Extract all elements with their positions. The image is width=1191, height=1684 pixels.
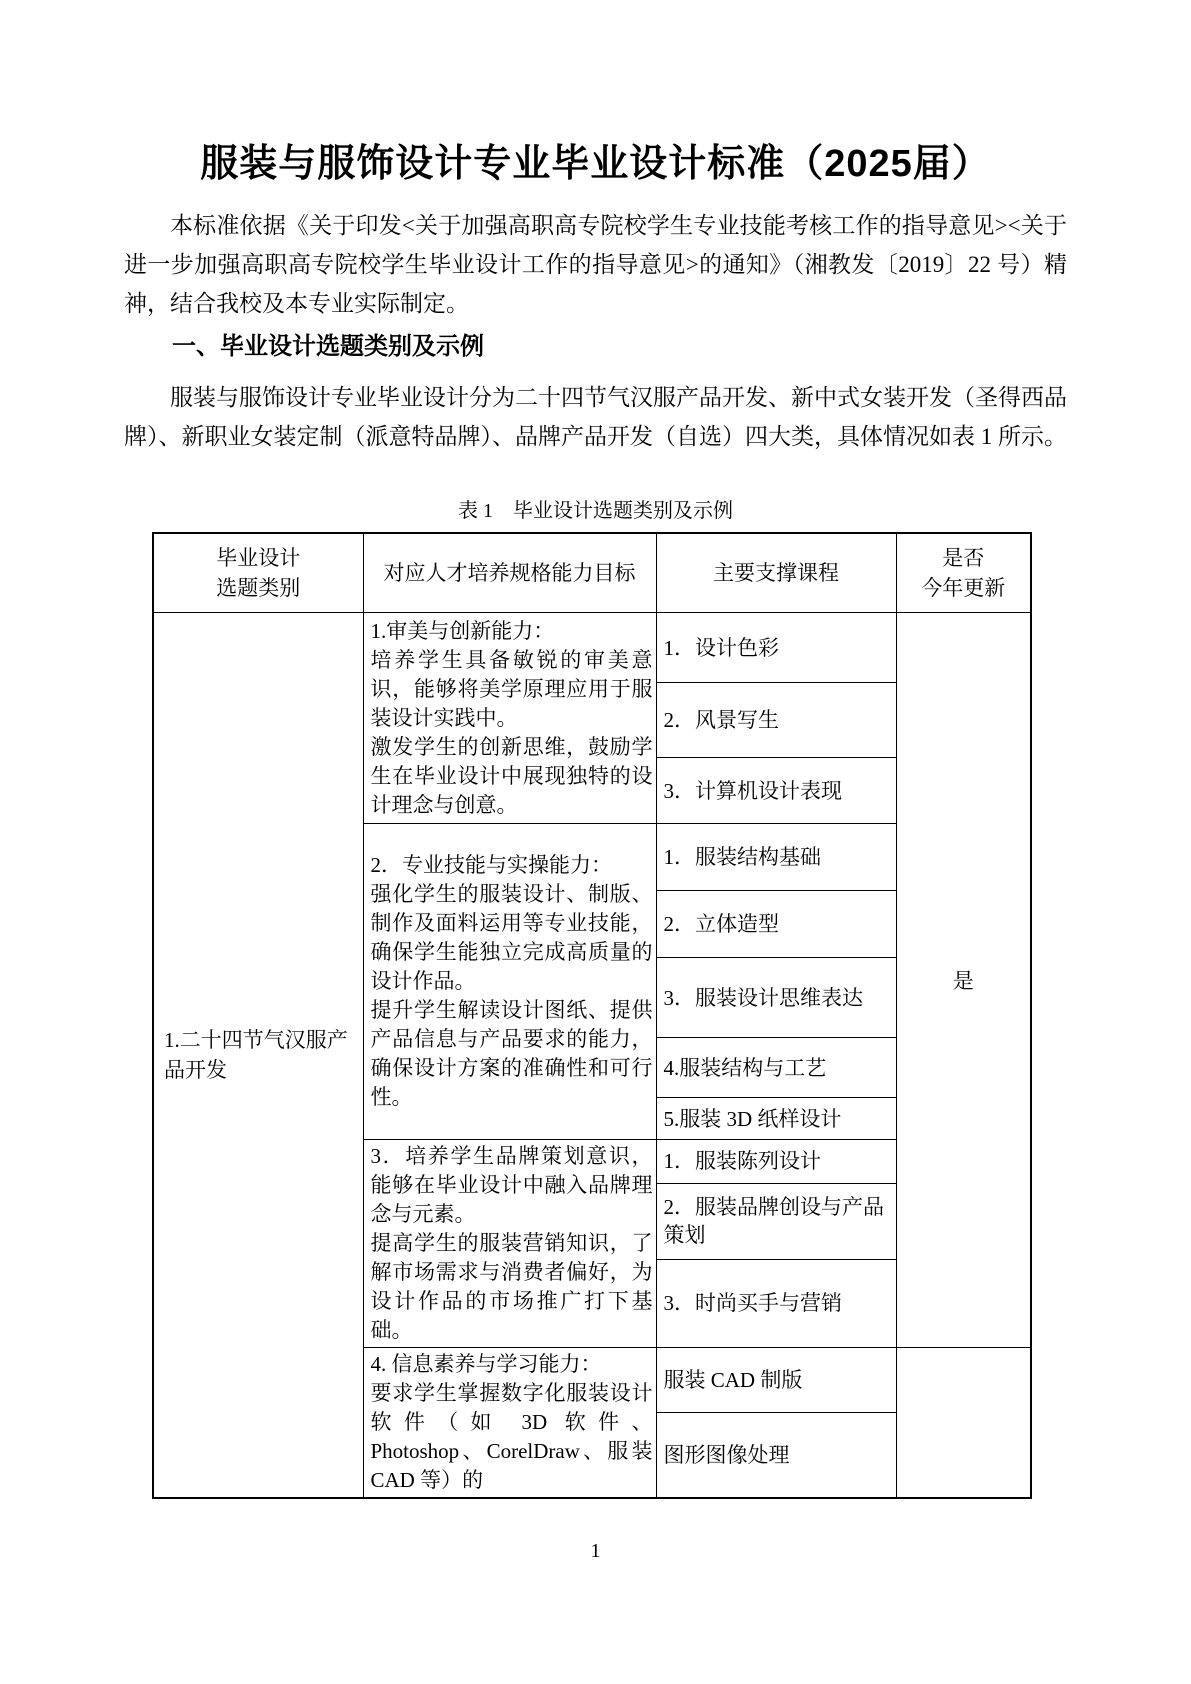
course-cell: 1．设计色彩 (656, 613, 896, 683)
course-cell: 服装 CAD 制版 (656, 1348, 896, 1413)
page-content: 服装与服饰设计专业毕业设计标准（2025届） 本标准依据《关于印发<关于加强高职… (124, 0, 1067, 1499)
goal-cell-4: 4. 信息素养与学习能力： 要求学生掌握数字化服装设计软件（如 3D 软件、Ph… (363, 1348, 656, 1499)
course-cell: 2．立体造型 (656, 891, 896, 958)
table-row: 1.二十四节气汉服产品开发 1.审美与创新能力： 培养学生具备敏锐的审美意识，能… (153, 613, 1031, 683)
course-cell: 2．风景写生 (656, 683, 896, 758)
course-cell: 3．服装设计思维表达 (656, 958, 896, 1038)
course-cell: 3．计算机设计表现 (656, 758, 896, 824)
goal-cell-1: 1.审美与创新能力： 培养学生具备敏锐的审美意识，能够将美学原理应用于服装设计实… (363, 613, 656, 824)
intro-paragraph: 本标准依据《关于印发<关于加强高职高专院校学生专业技能考核工作的指导意见><关于… (124, 206, 1067, 323)
course-cell: 3．时尚买手与营销 (656, 1259, 896, 1347)
section-intro-paragraph: 服装与服饰设计专业毕业设计分为二十四节气汉服产品开发、新中式女装开发（圣得西品牌… (124, 378, 1067, 456)
table-header-row: 毕业设计 选题类别 对应人才培养规格能力目标 主要支撑课程 是否 今年更新 (153, 533, 1031, 613)
course-cell: 2．服装品牌创设与产品策划 (656, 1183, 896, 1259)
header-updated: 是否 今年更新 (896, 533, 1031, 613)
page-number: 1 (0, 1540, 1191, 1563)
course-cell: 4.服装结构与工艺 (656, 1038, 896, 1098)
section-heading: 一、毕业设计选题类别及示例 (124, 329, 1067, 365)
goal-cell-3: 3．培养学生品牌策划意识，能够在毕业设计中融入品牌理念与元素。 提高学生的服装营… (363, 1140, 656, 1348)
header-courses: 主要支撑课程 (656, 533, 896, 613)
header-goals: 对应人才培养规格能力目标 (363, 533, 656, 613)
updated-cell-2 (896, 1348, 1031, 1499)
category-cell: 1.二十四节气汉服产品开发 (153, 613, 363, 1499)
course-cell: 1．服装陈列设计 (656, 1140, 896, 1184)
course-cell: 5.服装 3D 纸样设计 (656, 1098, 896, 1140)
updated-cell: 是 (896, 613, 1031, 1348)
document-title: 服装与服饰设计专业毕业设计标准（2025届） (124, 0, 1067, 192)
course-cell: 1．服装结构基础 (656, 824, 896, 891)
header-category: 毕业设计 选题类别 (153, 533, 363, 613)
document-page: { "document": { "title": "服装与服饰设计专业毕业设计标… (0, 0, 1191, 1684)
topic-category-table: 毕业设计 选题类别 对应人才培养规格能力目标 主要支撑课程 是否 今年更新 1.… (152, 532, 1032, 1499)
goal-cell-2: 2．专业技能与实操能力： 强化学生的服装设计、制版、制作及面料运用等专业技能，确… (363, 824, 656, 1140)
table-caption: 表 1 毕业设计选题类别及示例 (124, 496, 1067, 526)
course-cell: 图形图像处理 (656, 1413, 896, 1498)
